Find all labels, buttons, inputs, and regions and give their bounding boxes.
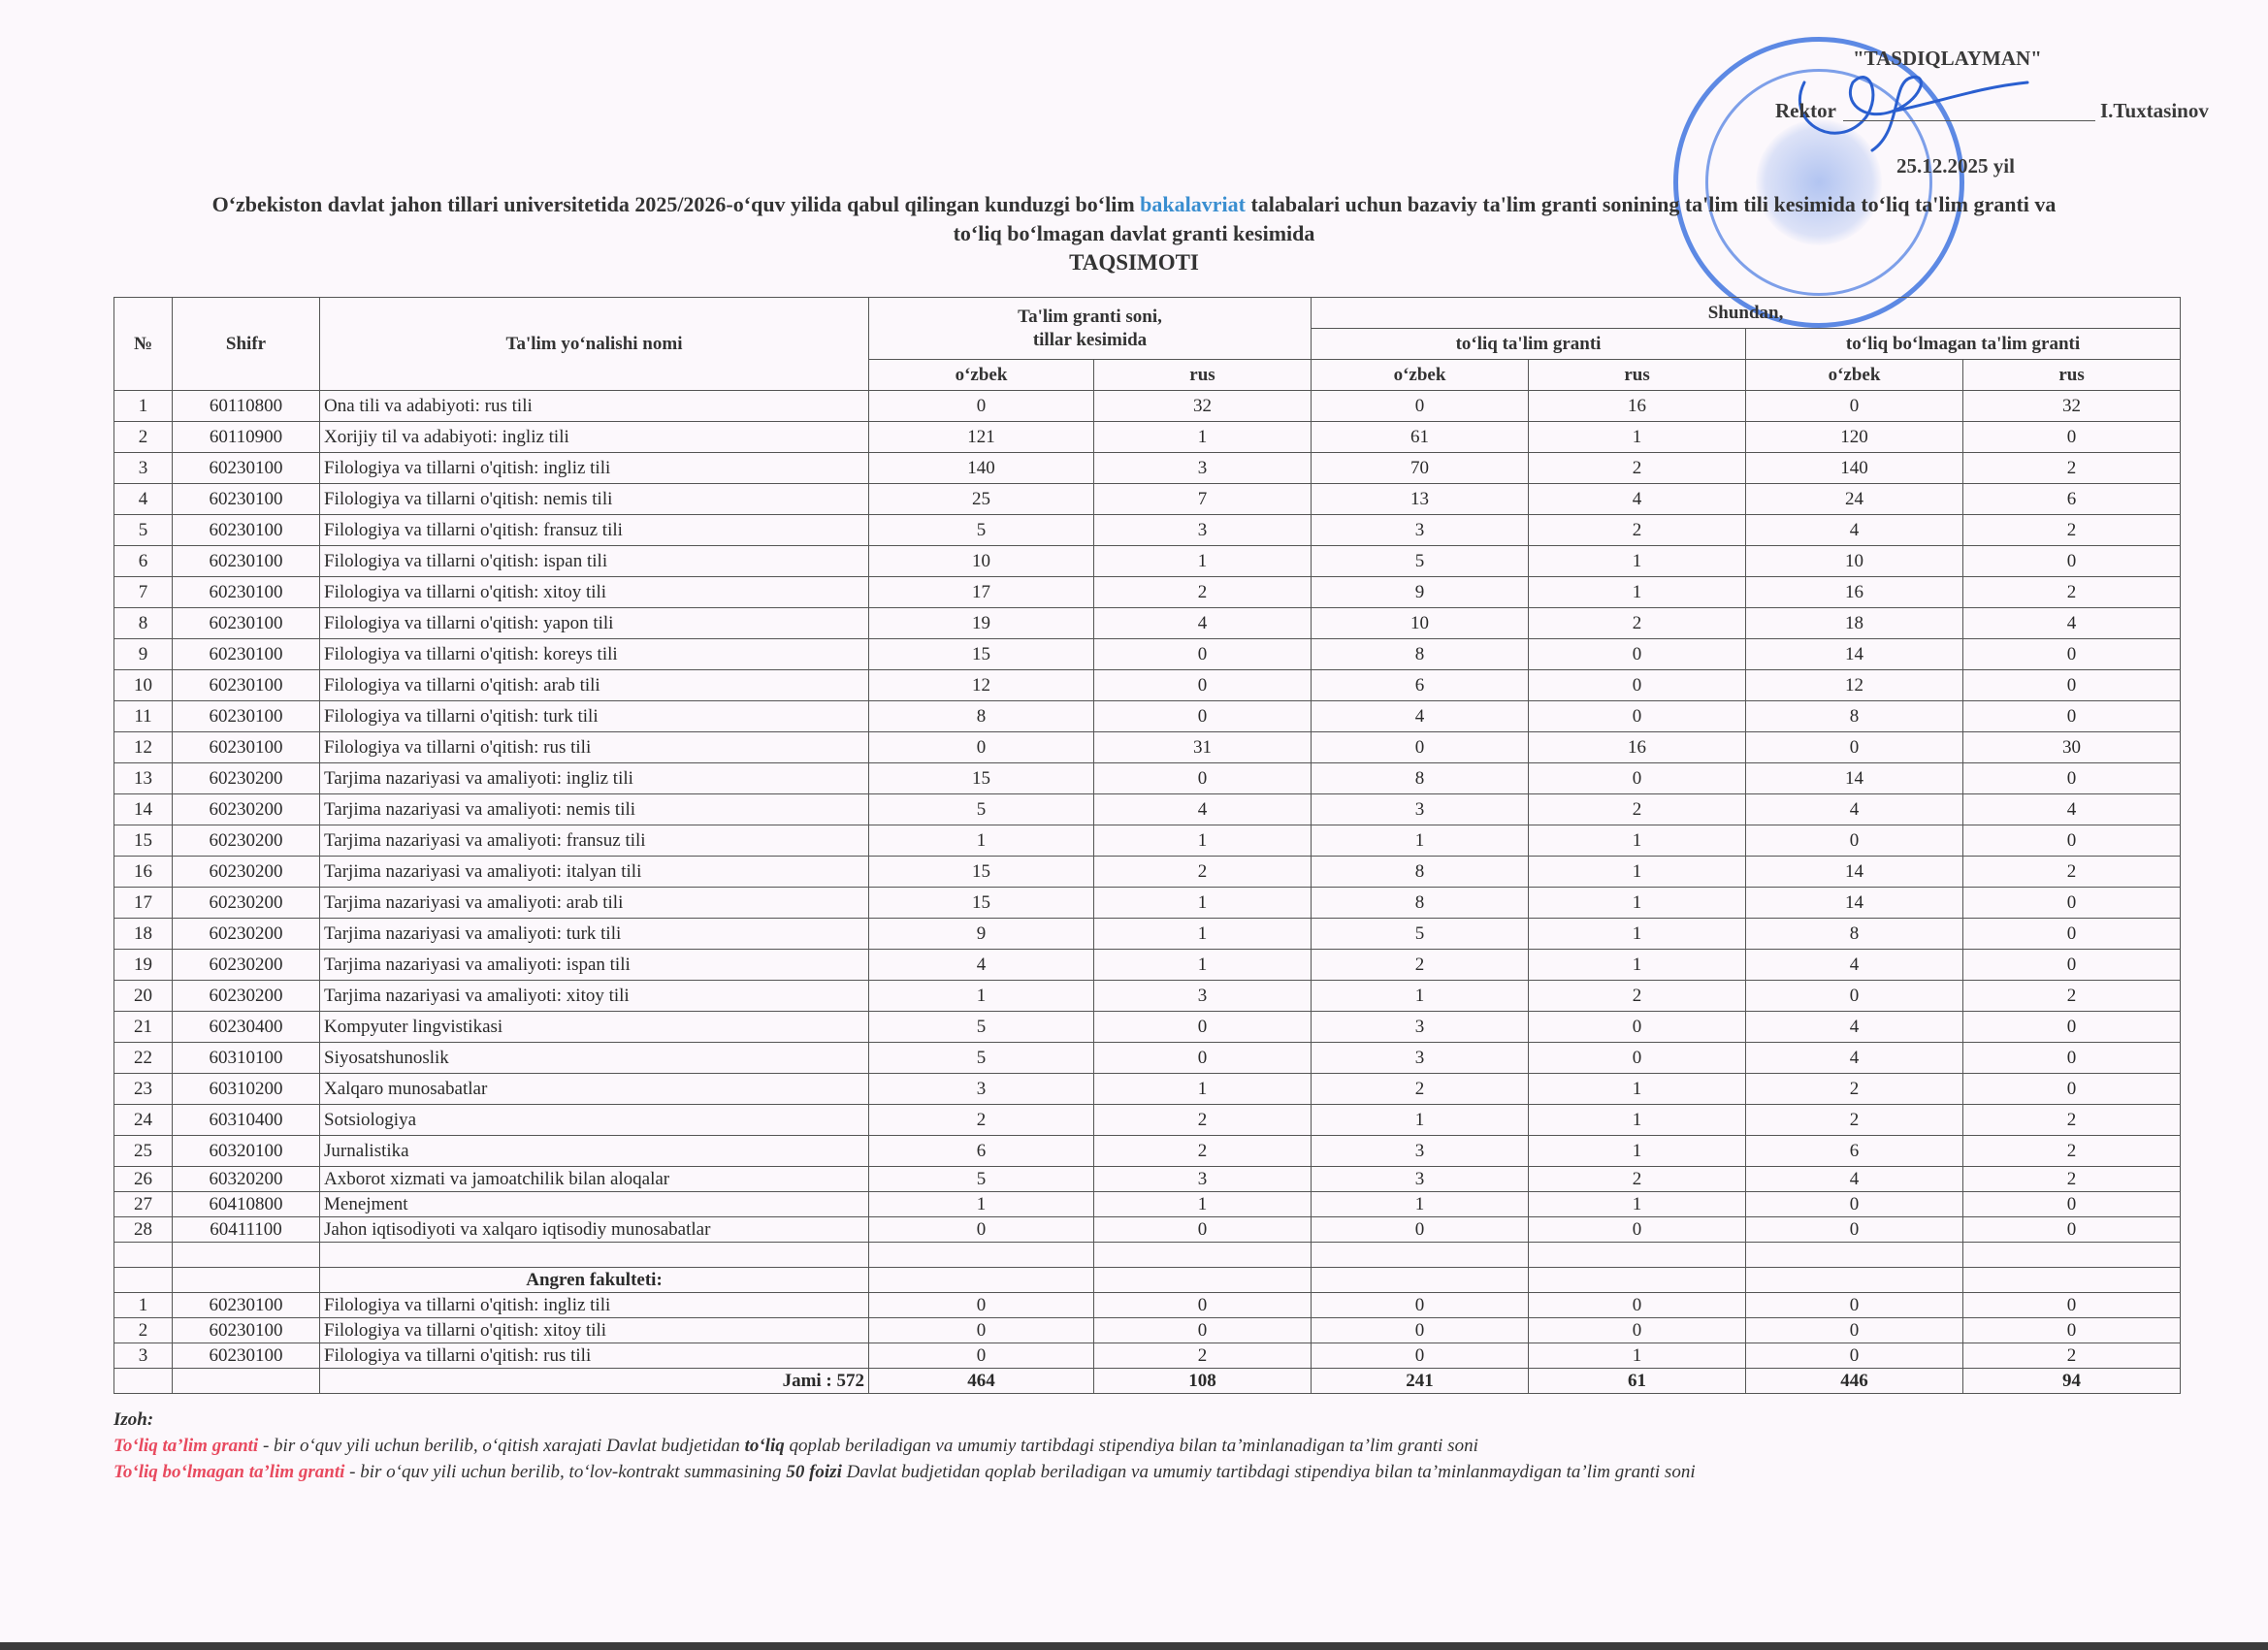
row-value: 1	[1094, 546, 1312, 577]
row-value: 3	[1312, 1167, 1529, 1192]
row-value: 1	[1529, 546, 1746, 577]
table-row: 260110900Xorijiy til va adabiyoti: ingli…	[114, 422, 2181, 453]
note-full-bold: to‘liq	[745, 1436, 785, 1456]
empty-cell	[1963, 1268, 2181, 1293]
col-header-uzbek: o‘zbek	[869, 360, 1094, 391]
row-value: 17	[869, 577, 1094, 608]
row-number: 1	[114, 391, 173, 422]
row-code: 60230100	[173, 670, 320, 701]
row-value: 1	[1529, 825, 1746, 857]
row-value: 4	[1094, 608, 1312, 639]
row-value: 4	[869, 950, 1094, 981]
table-row: 1460230200Tarjima nazariyasi va amaliyot…	[114, 794, 2181, 825]
row-number: 22	[114, 1043, 173, 1074]
row-value: 0	[1529, 639, 1746, 670]
row-number: 10	[114, 670, 173, 701]
col-header-russian: rus	[1094, 360, 1312, 391]
row-name: Filologiya va tillarni o'qitish: ispan t…	[320, 546, 869, 577]
row-code: 60230100	[173, 546, 320, 577]
row-value: 0	[1963, 1043, 2181, 1074]
row-value: 9	[869, 919, 1094, 950]
row-value: 14	[1746, 857, 1963, 888]
row-code: 60110900	[173, 422, 320, 453]
empty-cell	[1529, 1243, 1746, 1268]
note-full-term: To‘liq ta’lim granti	[113, 1436, 258, 1456]
approval-date: 25.12.2025 yil	[1896, 154, 2015, 178]
row-value: 1	[1529, 950, 1746, 981]
row-value: 0	[1963, 1012, 2181, 1043]
note-partial-grant: To‘liq bo‘lmagan ta’lim granti - bir o‘q…	[113, 1459, 1696, 1485]
row-value: 0	[1094, 701, 1312, 732]
row-value: 3	[1094, 1167, 1312, 1192]
row-value: 6	[1312, 670, 1529, 701]
row-value: 1	[869, 981, 1094, 1012]
row-value: 5	[869, 1012, 1094, 1043]
row-name: Tarjima nazariyasi va amaliyoti: turk ti…	[320, 919, 869, 950]
row-number: 14	[114, 794, 173, 825]
row-number: 26	[114, 1167, 173, 1192]
row-value: 0	[1963, 1217, 2181, 1243]
row-value: 4	[1963, 608, 2181, 639]
row-value: 0	[1094, 1318, 1312, 1343]
row-number: 1	[114, 1293, 173, 1318]
row-value: 4	[1746, 1012, 1963, 1043]
row-value: 0	[869, 391, 1094, 422]
row-value: 8	[1312, 888, 1529, 919]
row-value: 3	[1094, 453, 1312, 484]
row-number: 9	[114, 639, 173, 670]
row-value: 0	[1312, 1318, 1529, 1343]
row-value: 1	[1529, 888, 1746, 919]
section-header-row: Angren fakulteti:	[114, 1268, 2181, 1293]
row-value: 0	[1529, 1293, 1746, 1318]
grants-by-lang-line2: tillar kesimida	[1033, 330, 1147, 350]
row-number: 23	[114, 1074, 173, 1105]
row-name: Xorijiy til va adabiyoti: ingliz tili	[320, 422, 869, 453]
row-value: 3	[1312, 794, 1529, 825]
row-value: 2	[1963, 515, 2181, 546]
row-code: 60230200	[173, 763, 320, 794]
row-name: Siyosatshunoslik	[320, 1043, 869, 1074]
col-header-full-uzbek: o‘zbek	[1312, 360, 1529, 391]
row-value: 2	[1094, 1136, 1312, 1167]
row-value: 0	[1963, 1192, 2181, 1217]
row-value: 2	[1094, 1343, 1312, 1369]
row-code: 60230100	[173, 639, 320, 670]
row-number: 12	[114, 732, 173, 763]
row-value: 0	[1746, 1293, 1963, 1318]
row-name: Xalqaro munosabatlar	[320, 1074, 869, 1105]
row-value: 0	[1094, 1043, 1312, 1074]
row-value: 4	[1746, 1043, 1963, 1074]
row-value: 1	[1094, 888, 1312, 919]
row-value: 2	[1529, 453, 1746, 484]
row-value: 8	[1312, 763, 1529, 794]
row-value: 14	[1746, 763, 1963, 794]
row-value: 6	[869, 1136, 1094, 1167]
row-value: 1	[1529, 577, 1746, 608]
row-value: 4	[1746, 1167, 1963, 1192]
row-number: 7	[114, 577, 173, 608]
row-value: 0	[1094, 639, 1312, 670]
row-value: 0	[1529, 1318, 1746, 1343]
row-value: 0	[1746, 1318, 1963, 1343]
row-value: 3	[869, 1074, 1094, 1105]
empty-cell	[173, 1369, 320, 1394]
table-row: 1960230200Tarjima nazariyasi va amaliyot…	[114, 950, 2181, 981]
row-name: Tarjima nazariyasi va amaliyoti: ispan t…	[320, 950, 869, 981]
row-number: 19	[114, 950, 173, 981]
row-value: 0	[1963, 639, 2181, 670]
table-row: 560230100Filologiya va tillarni o'qitish…	[114, 515, 2181, 546]
row-name: Jahon iqtisodiyoti va xalqaro iqtisodiy …	[320, 1217, 869, 1243]
table-row: 2460310400Sotsiologiya221122	[114, 1105, 2181, 1136]
table-row: 2760410800Menejment111100	[114, 1192, 2181, 1217]
row-code: 60230100	[173, 515, 320, 546]
table-row: 1560230200Tarjima nazariyasi va amaliyot…	[114, 825, 2181, 857]
row-value: 3	[1094, 515, 1312, 546]
row-name: Filologiya va tillarni o'qitish: fransuz…	[320, 515, 869, 546]
row-value: 1	[1094, 919, 1312, 950]
row-value: 4	[1746, 794, 1963, 825]
row-name: Tarjima nazariyasi va amaliyoti: italyan…	[320, 857, 869, 888]
table-row: 760230100Filologiya va tillarni o'qitish…	[114, 577, 2181, 608]
total-label: Jami : 572	[320, 1369, 869, 1394]
row-value: 8	[869, 701, 1094, 732]
row-number: 11	[114, 701, 173, 732]
row-name: Filologiya va tillarni o'qitish: arab ti…	[320, 670, 869, 701]
row-value: 15	[869, 763, 1094, 794]
row-value: 2	[1963, 981, 2181, 1012]
row-value: 14	[1746, 639, 1963, 670]
row-value: 6	[1746, 1136, 1963, 1167]
row-number: 13	[114, 763, 173, 794]
table-row: 2660320200Axborot xizmati va jamoatchili…	[114, 1167, 2181, 1192]
row-value: 121	[869, 422, 1094, 453]
row-value: 1	[869, 1192, 1094, 1217]
row-value: 3	[1094, 981, 1312, 1012]
table-row: 2260310100Siyosatshunoslik503040	[114, 1043, 2181, 1074]
notes-section: Izoh: To‘liq ta’lim granti - bir o‘quv y…	[113, 1407, 1696, 1485]
row-value: 0	[1963, 1318, 2181, 1343]
row-name: Tarjima nazariyasi va amaliyoti: fransuz…	[320, 825, 869, 857]
col-header-name: Ta'lim yo‘nalishi nomi	[320, 298, 869, 391]
row-code: 60230400	[173, 1012, 320, 1043]
row-number: 20	[114, 981, 173, 1012]
row-value: 10	[869, 546, 1094, 577]
row-number: 8	[114, 608, 173, 639]
row-code: 60411100	[173, 1217, 320, 1243]
table-row: 2160230400Kompyuter lingvistikasi503040	[114, 1012, 2181, 1043]
row-value: 2	[1963, 1343, 2181, 1369]
row-value: 1	[1094, 1192, 1312, 1217]
empty-cell	[869, 1268, 1094, 1293]
table-row: 2360310200Xalqaro munosabatlar312120	[114, 1074, 2181, 1105]
row-code: 60230100	[173, 1293, 320, 1318]
row-name: Axborot xizmati va jamoatchilik bilan al…	[320, 1167, 869, 1192]
document-title: O‘zbekiston davlat jahon tillari univers…	[0, 192, 2268, 217]
row-value: 0	[1094, 1217, 1312, 1243]
row-value: 8	[1312, 857, 1529, 888]
row-value: 1	[1094, 1074, 1312, 1105]
row-value: 0	[1963, 1293, 2181, 1318]
row-value: 0	[1529, 1012, 1746, 1043]
table-row: 1060230100Filologiya va tillarni o'qitis…	[114, 670, 2181, 701]
row-name: Tarjima nazariyasi va amaliyoti: arab ti…	[320, 888, 869, 919]
row-value: 3	[1312, 1012, 1529, 1043]
total-value: 464	[869, 1369, 1094, 1394]
empty-cell	[114, 1268, 173, 1293]
row-value: 1	[1529, 1343, 1746, 1369]
row-value: 0	[1746, 732, 1963, 763]
table-row: 1760230200Tarjima nazariyasi va amaliyot…	[114, 888, 2181, 919]
col-header-partial-russian: rus	[1963, 360, 2181, 391]
row-value: 4	[1963, 794, 2181, 825]
row-value: 0	[869, 732, 1094, 763]
row-value: 0	[1529, 1043, 1746, 1074]
row-name: Ona tili va adabiyoti: rus tili	[320, 391, 869, 422]
row-number: 16	[114, 857, 173, 888]
row-value: 0	[1963, 888, 2181, 919]
col-header-code: Shifr	[173, 298, 320, 391]
row-number: 2	[114, 422, 173, 453]
row-value: 0	[1094, 670, 1312, 701]
row-value: 3	[1312, 1043, 1529, 1074]
row-value: 8	[1746, 701, 1963, 732]
row-number: 5	[114, 515, 173, 546]
empty-cell	[173, 1243, 320, 1268]
empty-cell	[1312, 1243, 1529, 1268]
row-value: 0	[1746, 825, 1963, 857]
row-name: Jurnalistika	[320, 1136, 869, 1167]
spacer-row	[114, 1243, 2181, 1268]
row-code: 60410800	[173, 1192, 320, 1217]
row-value: 1	[869, 825, 1094, 857]
note-full-text-1: - bir o‘quv yili uchun berilib, o‘qitish…	[258, 1436, 744, 1456]
row-value: 61	[1312, 422, 1529, 453]
signature-line	[1843, 120, 2095, 121]
row-value: 3	[1312, 515, 1529, 546]
col-header-full-grant: to‘liq ta'lim granti	[1312, 329, 1746, 360]
row-value: 31	[1094, 732, 1312, 763]
row-value: 0	[1312, 1343, 1529, 1369]
row-code: 60230200	[173, 825, 320, 857]
empty-cell	[1529, 1268, 1746, 1293]
row-value: 2	[1963, 1105, 2181, 1136]
col-header-of-which: Shundan,	[1312, 298, 2181, 329]
row-value: 2	[1312, 950, 1529, 981]
row-name: Filologiya va tillarni o'qitish: turk ti…	[320, 701, 869, 732]
row-value: 19	[869, 608, 1094, 639]
empty-cell	[1094, 1243, 1312, 1268]
row-value: 1	[1529, 1074, 1746, 1105]
row-value: 3	[1312, 1136, 1529, 1167]
table-row: 1860230200Tarjima nazariyasi va amaliyot…	[114, 919, 2181, 950]
row-number: 25	[114, 1136, 173, 1167]
total-row: Jami : 5724641082416144694	[114, 1369, 2181, 1394]
empty-cell	[1963, 1243, 2181, 1268]
table-row: 1360230200Tarjima nazariyasi va amaliyot…	[114, 763, 2181, 794]
row-value: 0	[1529, 701, 1746, 732]
row-value: 0	[1312, 1217, 1529, 1243]
row-number: 6	[114, 546, 173, 577]
row-value: 30	[1963, 732, 2181, 763]
row-value: 0	[1746, 1343, 1963, 1369]
row-value: 140	[1746, 453, 1963, 484]
row-value: 14	[1746, 888, 1963, 919]
row-value: 1	[1094, 950, 1312, 981]
row-value: 4	[1746, 515, 1963, 546]
col-header-grants-by-lang: Ta'lim granti soni, tillar kesimida	[869, 298, 1312, 360]
row-value: 0	[1746, 1217, 1963, 1243]
row-value: 18	[1746, 608, 1963, 639]
empty-cell	[1312, 1268, 1529, 1293]
row-value: 0	[1746, 391, 1963, 422]
row-value: 0	[1963, 701, 2181, 732]
row-value: 0	[1963, 950, 2181, 981]
table-row: 1660230200Tarjima nazariyasi va amaliyot…	[114, 857, 2181, 888]
row-value: 12	[869, 670, 1094, 701]
note-full-text-2: qoplab beriladigan va umumiy tartibdagi …	[785, 1436, 1478, 1456]
row-value: 4	[1529, 484, 1746, 515]
empty-cell	[320, 1243, 869, 1268]
row-value: 5	[869, 1167, 1094, 1192]
row-value: 15	[869, 857, 1094, 888]
row-code: 60230100	[173, 732, 320, 763]
row-value: 0	[1963, 546, 2181, 577]
row-number: 27	[114, 1192, 173, 1217]
row-value: 5	[1312, 546, 1529, 577]
row-number: 4	[114, 484, 173, 515]
col-header-full-russian: rus	[1529, 360, 1746, 391]
row-value: 2	[1529, 794, 1746, 825]
row-value: 1	[1312, 981, 1529, 1012]
row-value: 0	[1963, 763, 2181, 794]
row-code: 60230200	[173, 950, 320, 981]
row-value: 9	[1312, 577, 1529, 608]
title-text-1: O‘zbekiston davlat jahon tillari univers…	[212, 192, 1141, 216]
row-name: Tarjima nazariyasi va amaliyoti: ingliz …	[320, 763, 869, 794]
row-value: 2	[869, 1105, 1094, 1136]
row-number: 3	[114, 1343, 173, 1369]
document-subtitle: to‘liq bo‘lmagan davlat granti kesimida	[0, 221, 2268, 246]
row-value: 1	[1529, 422, 1746, 453]
row-value: 140	[869, 453, 1094, 484]
row-value: 0	[1312, 1293, 1529, 1318]
row-value: 7	[1094, 484, 1312, 515]
rektor-label: Rektor	[1775, 99, 1836, 123]
row-value: 0	[1529, 763, 1746, 794]
row-number: 2	[114, 1318, 173, 1343]
empty-cell	[114, 1369, 173, 1394]
row-number: 21	[114, 1012, 173, 1043]
row-name: Filologiya va tillarni o'qitish: rus til…	[320, 732, 869, 763]
table-row: 1160230100Filologiya va tillarni o'qitis…	[114, 701, 2181, 732]
row-value: 1	[1312, 825, 1529, 857]
row-value: 0	[1094, 1012, 1312, 1043]
row-value: 0	[1094, 1293, 1312, 1318]
row-name: Menejment	[320, 1192, 869, 1217]
row-code: 60320100	[173, 1136, 320, 1167]
row-value: 0	[1746, 981, 1963, 1012]
row-name: Filologiya va tillarni o'qitish: yapon t…	[320, 608, 869, 639]
row-value: 8	[1312, 639, 1529, 670]
row-name: Filologiya va tillarni o'qitish: ingliz …	[320, 453, 869, 484]
note-partial-text-2: Davlat budjetidan qoplab beriladigan va …	[842, 1462, 1696, 1482]
row-value: 2	[1094, 577, 1312, 608]
row-value: 25	[869, 484, 1094, 515]
row-value: 0	[1963, 825, 2181, 857]
row-value: 0	[869, 1343, 1094, 1369]
row-name: Tarjima nazariyasi va amaliyoti: nemis t…	[320, 794, 869, 825]
table-body: 160110800Ona tili va adabiyoti: rus tili…	[114, 391, 2181, 1394]
row-value: 120	[1746, 422, 1963, 453]
row-value: 0	[1312, 732, 1529, 763]
row-name: Filologiya va tillarni o'qitish: nemis t…	[320, 484, 869, 515]
row-value: 13	[1312, 484, 1529, 515]
row-value: 4	[1746, 950, 1963, 981]
col-header-num: №	[114, 298, 173, 391]
total-value: 241	[1312, 1369, 1529, 1394]
row-value: 12	[1746, 670, 1963, 701]
table-row: 360230100Filologiya va tillarni o'qitish…	[114, 1343, 2181, 1369]
table-row: 2560320100Jurnalistika623162	[114, 1136, 2181, 1167]
empty-cell	[1746, 1268, 1963, 1293]
row-number: 3	[114, 453, 173, 484]
row-value: 0	[1963, 1074, 2181, 1105]
row-value: 0	[1312, 391, 1529, 422]
row-value: 0	[869, 1318, 1094, 1343]
col-header-partial-uzbek: o‘zbek	[1746, 360, 1963, 391]
row-value: 2	[1746, 1105, 1963, 1136]
row-value: 1	[1529, 919, 1746, 950]
row-value: 0	[1746, 1192, 1963, 1217]
row-code: 60320200	[173, 1167, 320, 1192]
row-code: 60230100	[173, 608, 320, 639]
row-value: 16	[1746, 577, 1963, 608]
row-value: 0	[1963, 670, 2181, 701]
row-value: 16	[1529, 391, 1746, 422]
row-name: Filologiya va tillarni o'qitish: xitoy t…	[320, 1318, 869, 1343]
row-value: 0	[1094, 763, 1312, 794]
grants-by-lang-line1: Ta'lim granti soni,	[1018, 307, 1162, 327]
row-value: 0	[1529, 1217, 1746, 1243]
row-value: 5	[869, 515, 1094, 546]
empty-cell	[114, 1243, 173, 1268]
row-value: 2	[1963, 453, 2181, 484]
row-code: 60230200	[173, 857, 320, 888]
row-value: 2	[1094, 857, 1312, 888]
row-code: 60310100	[173, 1043, 320, 1074]
row-code: 60230200	[173, 794, 320, 825]
row-code: 60230100	[173, 1343, 320, 1369]
note-full-grant: To‘liq ta’lim granti - bir o‘quv yili uc…	[113, 1433, 1696, 1459]
table-row: 460230100Filologiya va tillarni o'qitish…	[114, 484, 2181, 515]
total-value: 61	[1529, 1369, 1746, 1394]
table-row: 660230100Filologiya va tillarni o'qitish…	[114, 546, 2181, 577]
row-code: 60230100	[173, 701, 320, 732]
table-row: 360230100Filologiya va tillarni o'qitish…	[114, 453, 2181, 484]
document-heading: TAQSIMOTI	[0, 250, 2268, 275]
grants-table: № Shifr Ta'lim yo‘nalishi nomi Ta'lim gr…	[113, 297, 2181, 1394]
empty-cell	[1094, 1268, 1312, 1293]
row-value: 2	[1963, 577, 2181, 608]
row-value: 15	[869, 888, 1094, 919]
row-value: 1	[1529, 857, 1746, 888]
table-row: 860230100Filologiya va tillarni o'qitish…	[114, 608, 2181, 639]
row-code: 60310400	[173, 1105, 320, 1136]
row-name: Tarjima nazariyasi va amaliyoti: xitoy t…	[320, 981, 869, 1012]
